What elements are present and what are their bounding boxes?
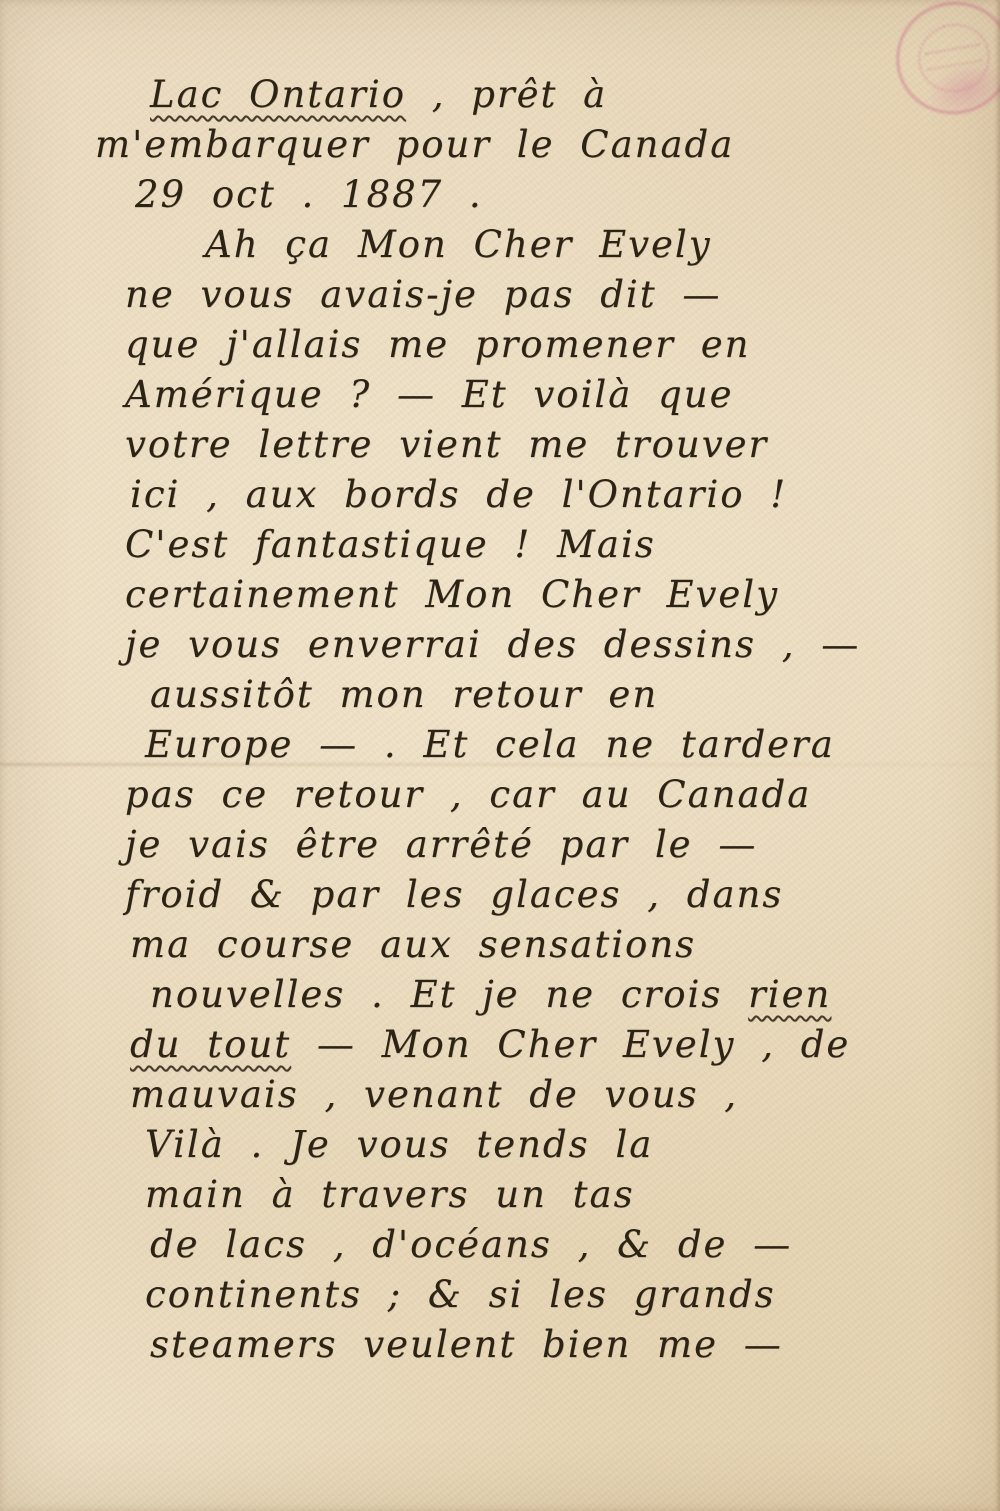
handwriting-line: Lac Ontario , prêt à: [0, 70, 1000, 120]
text-segment: main à travers un tas: [145, 1173, 635, 1216]
handwriting-line: steamers veulent bien me —: [0, 1320, 1000, 1370]
text-segment: 29 oct . 1887 .: [135, 173, 483, 216]
text-segment: nouvelles . Et je ne crois: [150, 973, 748, 1016]
text-segment: Amérique ? — Et voilà que: [125, 373, 733, 416]
handwriting-line: aussitôt mon retour en: [0, 670, 1000, 720]
handwriting-line: C'est fantastique ! Mais: [0, 520, 1000, 570]
underlined-text: Lac Ontario: [150, 73, 406, 116]
handwriting-line: ne vous avais-je pas dit —: [0, 270, 1000, 320]
handwriting-line: que j'allais me promener en: [0, 320, 1000, 370]
stamp-text-band: [925, 43, 983, 70]
text-segment: je vous enverrai des dessins , —: [125, 623, 860, 666]
handwriting-line: je vous enverrai des dessins , —: [0, 620, 1000, 670]
handwriting-line: Amérique ? — Et voilà que: [0, 370, 1000, 420]
text-segment: ma course aux sensations: [130, 923, 696, 966]
text-segment: Vilà . Je vous tends la: [145, 1123, 653, 1166]
letter-page: Lac Ontario , prêt àm'embarquer pour le …: [0, 0, 1000, 1511]
text-segment: froid & par les glaces , dans: [125, 873, 783, 916]
text-segment: mauvais , venant de vous ,: [130, 1073, 738, 1116]
handwriting-line: main à travers un tas: [0, 1170, 1000, 1220]
handwriting-line: 29 oct . 1887 .: [0, 170, 1000, 220]
text-segment: Europe — . Et cela ne tardera: [145, 723, 835, 766]
handwriting-line: continents ; & si les grands: [0, 1270, 1000, 1320]
handwriting-line: nouvelles . Et je ne crois rien: [0, 970, 1000, 1020]
underlined-text: du tout: [130, 1023, 291, 1066]
handwriting-line: de lacs , d'océans , & de —: [0, 1220, 1000, 1270]
handwriting-line: pas ce retour , car au Canada: [0, 770, 1000, 820]
handwriting-line: Vilà . Je vous tends la: [0, 1120, 1000, 1170]
text-segment: je vais être arrêté par le —: [125, 823, 757, 866]
letter-body: Lac Ontario , prêt àm'embarquer pour le …: [0, 70, 1000, 1370]
handwriting-line: votre lettre vient me trouver: [0, 420, 1000, 470]
text-segment: Ah ça Mon Cher Evely: [205, 223, 712, 266]
text-segment: de lacs , d'océans , & de —: [150, 1223, 792, 1266]
handwriting-line: je vais être arrêté par le —: [0, 820, 1000, 870]
handwriting-line: du tout — Mon Cher Evely , de: [0, 1020, 1000, 1070]
text-segment: , prêt à: [406, 73, 607, 116]
handwriting-line: ici , aux bords de l'Ontario !: [0, 470, 1000, 520]
text-segment: m'embarquer pour le Canada: [95, 123, 734, 166]
handwriting-line: ma course aux sensations: [0, 920, 1000, 970]
text-segment: votre lettre vient me trouver: [125, 423, 768, 466]
text-segment: que j'allais me promener en: [125, 323, 750, 366]
text-segment: pas ce retour , car au Canada: [125, 773, 811, 816]
handwriting-line: m'embarquer pour le Canada: [0, 120, 1000, 170]
text-segment: ici , aux bords de l'Ontario !: [130, 473, 787, 516]
text-segment: certainement Mon Cher Evely: [125, 573, 779, 616]
text-segment: steamers veulent bien me —: [150, 1323, 783, 1366]
handwriting-line: certainement Mon Cher Evely: [0, 570, 1000, 620]
text-segment: ne vous avais-je pas dit —: [125, 273, 721, 316]
handwriting-line: Ah ça Mon Cher Evely: [0, 220, 1000, 270]
handwriting-line: froid & par les glaces , dans: [0, 870, 1000, 920]
text-segment: — Mon Cher Evely , de: [291, 1023, 850, 1066]
text-segment: C'est fantastique ! Mais: [125, 523, 656, 566]
underlined-text: rien: [748, 973, 831, 1016]
text-segment: aussitôt mon retour en: [150, 673, 658, 716]
text-segment: continents ; & si les grands: [145, 1273, 776, 1316]
handwriting-line: Europe — . Et cela ne tardera: [0, 720, 1000, 770]
handwriting-line: mauvais , venant de vous ,: [0, 1070, 1000, 1120]
